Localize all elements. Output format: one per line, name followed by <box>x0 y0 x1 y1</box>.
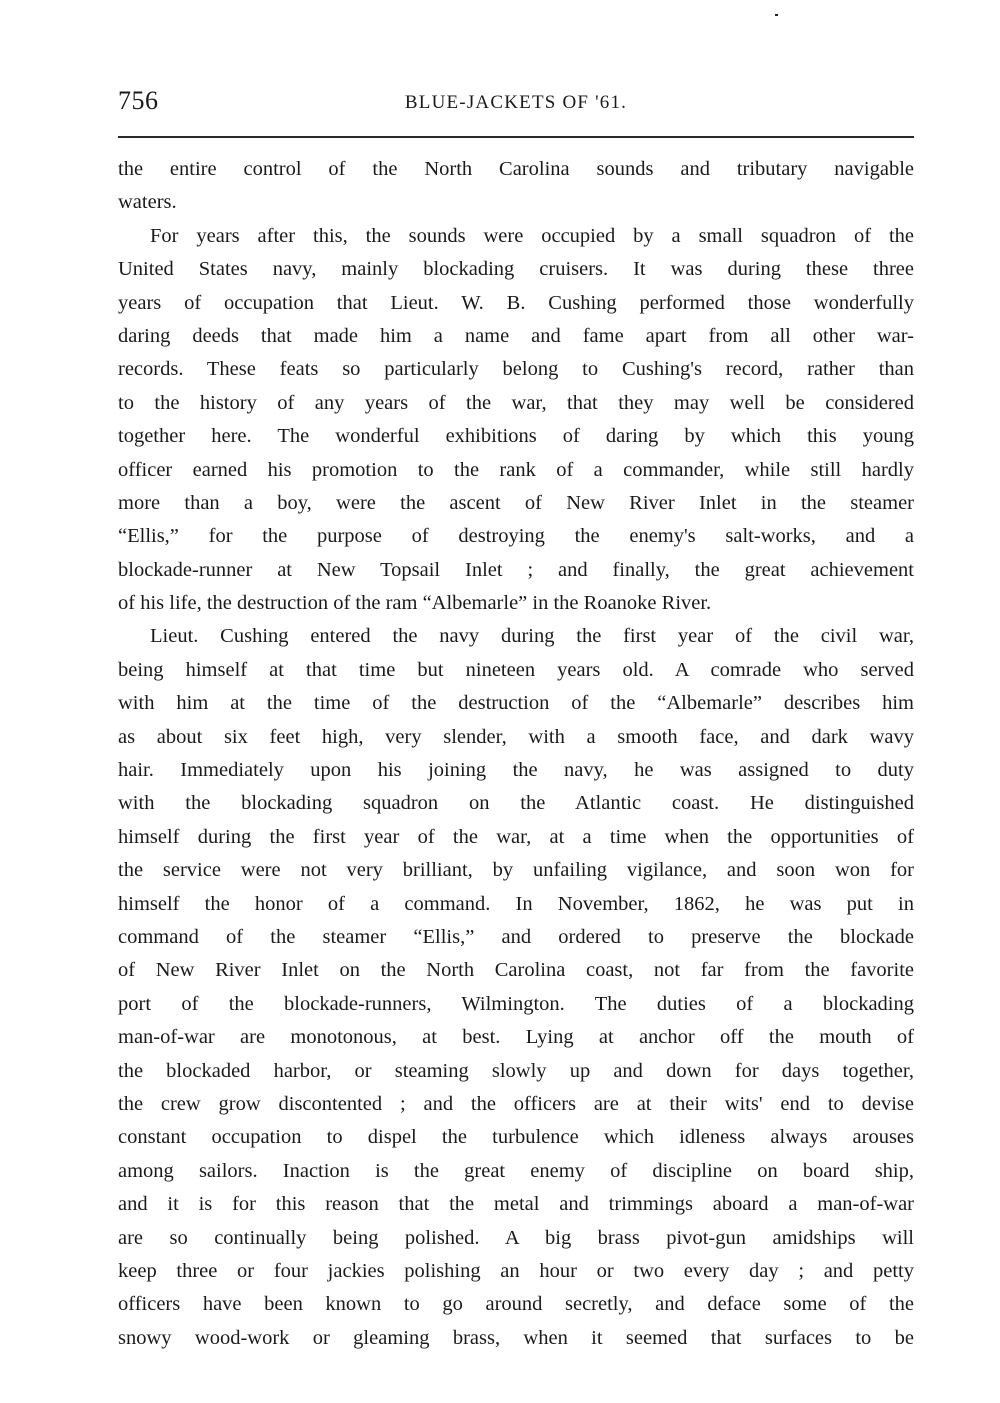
text-line: years of occupation that Lieut. W. B. Cu… <box>118 287 914 320</box>
text-line: more than a boy, were the ascent of New … <box>118 487 914 520</box>
paragraph: the entire control of the North Carolina… <box>118 153 914 220</box>
text-line: Lieut. Cushing entered the navy during t… <box>118 620 914 653</box>
text-line: the blockaded harbor, or steaming slowly… <box>118 1055 914 1088</box>
text-line: keep three or four jackies polishing an … <box>118 1255 914 1288</box>
print-speck <box>775 14 778 16</box>
text-line: daring deeds that made him a name and fa… <box>118 320 914 353</box>
text-line: with him at the time of the destruction … <box>118 687 914 720</box>
text-line: of New River Inlet on the North Carolina… <box>118 954 914 987</box>
text-line: United States navy, mainly blockading cr… <box>118 253 914 286</box>
text-line: waters. <box>118 186 914 219</box>
text-line: to the history of any years of the war, … <box>118 387 914 420</box>
text-line: blockade-runner at New Topsail Inlet ; a… <box>118 554 914 587</box>
text-line: hair. Immediately upon his joining the n… <box>118 754 914 787</box>
text-line: together here. The wonderful exhibitions… <box>118 420 914 453</box>
running-title: BLUE-JACKETS OF '61. <box>118 92 914 114</box>
text-line: with the blockading squadron on the Atla… <box>118 787 914 820</box>
text-line: constant occupation to dispel the turbul… <box>118 1121 914 1154</box>
text-line: and it is for this reason that the metal… <box>118 1188 914 1221</box>
text-line: officers have been known to go around se… <box>118 1288 914 1321</box>
text-line: himself during the first year of the war… <box>118 821 914 854</box>
text-line: being himself at that time but nineteen … <box>118 654 914 687</box>
text-line: port of the blockade-runners, Wilmington… <box>118 988 914 1021</box>
text-line: command of the steamer “Ellis,” and orde… <box>118 921 914 954</box>
text-line: the service were not very brilliant, by … <box>118 854 914 887</box>
paragraph: Lieut. Cushing entered the navy during t… <box>118 620 914 1355</box>
text-line: records. These feats so particularly bel… <box>118 353 914 386</box>
body-text: the entire control of the North Carolina… <box>118 153 914 1355</box>
header-rule <box>118 136 914 138</box>
text-line: among sailors. Inaction is the great ene… <box>118 1155 914 1188</box>
text-line: “Ellis,” for the purpose of destroying t… <box>118 520 914 553</box>
page-header: 756 BLUE-JACKETS OF '61. <box>118 86 914 126</box>
text-line: man-of-war are monotonous, at best. Lyin… <box>118 1021 914 1054</box>
text-line: officer earned his promotion to the rank… <box>118 454 914 487</box>
paragraph: For years after this, the sounds were oc… <box>118 220 914 621</box>
text-line: are so continually being polished. A big… <box>118 1222 914 1255</box>
text-line: snowy wood-work or gleaming brass, when … <box>118 1322 914 1355</box>
text-line: as about six feet high, very slender, wi… <box>118 721 914 754</box>
text-line: himself the honor of a command. In Novem… <box>118 888 914 921</box>
text-line: of his life, the destruction of the ram … <box>118 587 914 620</box>
text-line: the entire control of the North Carolina… <box>118 153 914 186</box>
text-line: For years after this, the sounds were oc… <box>118 220 914 253</box>
text-line: the crew grow discontented ; and the off… <box>118 1088 914 1121</box>
